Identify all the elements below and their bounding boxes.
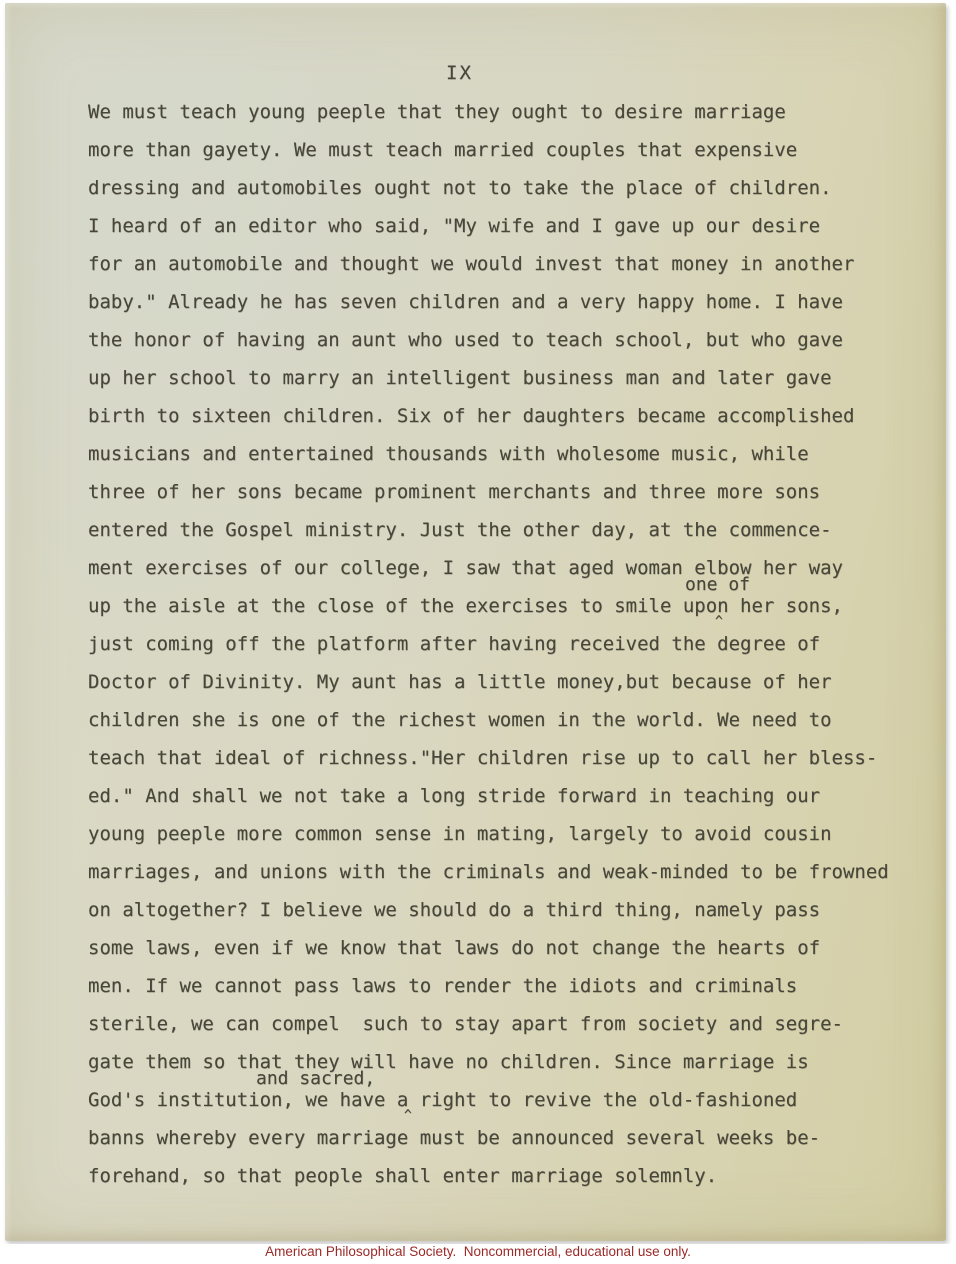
text-line: sterile, we can compel such to stay apar… bbox=[88, 1012, 843, 1036]
typed-insertion: one of bbox=[685, 573, 750, 597]
text-line: entered the Gospel ministry. Just the ot… bbox=[88, 518, 832, 542]
text-line: marriages, and unions with the criminals… bbox=[88, 860, 889, 884]
text-line-content: dressing and automobiles ought not to ta… bbox=[88, 177, 832, 199]
text-line: young peeple more common sense in mating… bbox=[88, 822, 832, 846]
text-line-content: birth to sixteen children. Six of her da… bbox=[88, 405, 854, 427]
text-line-content: just coming off the platform after havin… bbox=[88, 633, 820, 655]
text-line: musicians and entertained thousands with… bbox=[88, 442, 809, 466]
text-line: dressing and automobiles ought not to ta… bbox=[88, 176, 832, 200]
text-line-content: ed." And shall we not take a long stride… bbox=[88, 785, 820, 807]
text-line-content: sterile, we can compel such to stay apar… bbox=[88, 1013, 843, 1035]
text-line-content: I heard of an editor who said, "My wife … bbox=[88, 215, 820, 237]
text-line-content: God's institution, we have a right to re… bbox=[88, 1089, 797, 1111]
text-line-content: banns whereby every marriage must be ann… bbox=[88, 1127, 820, 1149]
text-line: on altogether? I believe we should do a … bbox=[88, 898, 820, 922]
text-line: banns whereby every marriage must be ann… bbox=[88, 1126, 820, 1150]
text-line: forehand, so that people shall enter mar… bbox=[88, 1164, 717, 1188]
text-line-content: forehand, so that people shall enter mar… bbox=[88, 1165, 717, 1187]
text-line-content: marriages, and unions with the criminals… bbox=[88, 861, 889, 883]
text-line-content: three of her sons became prominent merch… bbox=[88, 481, 820, 503]
text-line-content: entered the Gospel ministry. Just the ot… bbox=[88, 519, 832, 541]
text-line-content: Doctor of Divinity. My aunt has a little… bbox=[88, 671, 832, 693]
text-line: birth to sixteen children. Six of her da… bbox=[88, 404, 854, 428]
text-line-content: more than gayety. We must teach married … bbox=[88, 139, 797, 161]
text-line-content: up the aisle at the close of the exercis… bbox=[88, 595, 843, 617]
text-line: ed." And shall we not take a long stride… bbox=[88, 784, 820, 808]
text-line-content: gate them so that they will have no chil… bbox=[88, 1051, 809, 1073]
caret-mark: ^ bbox=[715, 610, 723, 634]
text-line-content: the honor of having an aunt who used to … bbox=[88, 329, 843, 351]
text-line: three of her sons became prominent merch… bbox=[88, 480, 820, 504]
typed-insertion: and sacred, bbox=[256, 1067, 375, 1091]
text-line-content: up her school to marry an intelligent bu… bbox=[88, 367, 832, 389]
text-line: We must teach young peeple that they oug… bbox=[88, 100, 786, 124]
text-line: baby." Already he has seven children and… bbox=[88, 290, 843, 314]
scanned-document-view: IX We must teach young peeple that they … bbox=[0, 0, 956, 1264]
text-line-content: musicians and entertained thousands with… bbox=[88, 443, 809, 465]
text-line: more than gayety. We must teach married … bbox=[88, 138, 797, 162]
text-line-content: young peeple more common sense in mating… bbox=[88, 823, 832, 845]
text-line: I heard of an editor who said, "My wife … bbox=[88, 214, 820, 238]
text-line-content: We must teach young peeple that they oug… bbox=[88, 101, 786, 123]
text-line-content: for an automobile and thought we would i… bbox=[88, 253, 854, 275]
text-line: up her school to marry an intelligent bu… bbox=[88, 366, 832, 390]
text-line: some laws, even if we know that laws do … bbox=[88, 936, 820, 960]
text-line-content: some laws, even if we know that laws do … bbox=[88, 937, 820, 959]
text-line: Doctor of Divinity. My aunt has a little… bbox=[88, 670, 832, 694]
text-line-content: children she is one of the richest women… bbox=[88, 709, 832, 731]
text-line: for an automobile and thought we would i… bbox=[88, 252, 854, 276]
text-line-content: teach that ideal of richness."Her childr… bbox=[88, 747, 877, 769]
text-line: up the aisle at the close of the exercis… bbox=[88, 594, 843, 618]
credit-line: American Philosophical Society. Noncomme… bbox=[0, 1244, 956, 1262]
page-number: IX bbox=[446, 62, 473, 84]
text-line: God's institution, we have a right to re… bbox=[88, 1088, 797, 1112]
text-line: just coming off the platform after havin… bbox=[88, 632, 820, 656]
text-line: children she is one of the richest women… bbox=[88, 708, 832, 732]
text-line-content: baby." Already he has seven children and… bbox=[88, 291, 843, 313]
typewritten-page: IX We must teach young peeple that they … bbox=[5, 3, 946, 1241]
text-line: teach that ideal of richness."Her childr… bbox=[88, 746, 877, 770]
text-line: the honor of having an aunt who used to … bbox=[88, 328, 843, 352]
text-line: gate them so that they will have no chil… bbox=[88, 1050, 809, 1074]
typewritten-text: We must teach young peeple that they oug… bbox=[88, 100, 918, 1210]
text-line-content: on altogether? I believe we should do a … bbox=[88, 899, 820, 921]
text-line-content: men. If we cannot pass laws to render th… bbox=[88, 975, 797, 997]
caret-mark: ^ bbox=[404, 1104, 412, 1128]
text-line: men. If we cannot pass laws to render th… bbox=[88, 974, 797, 998]
